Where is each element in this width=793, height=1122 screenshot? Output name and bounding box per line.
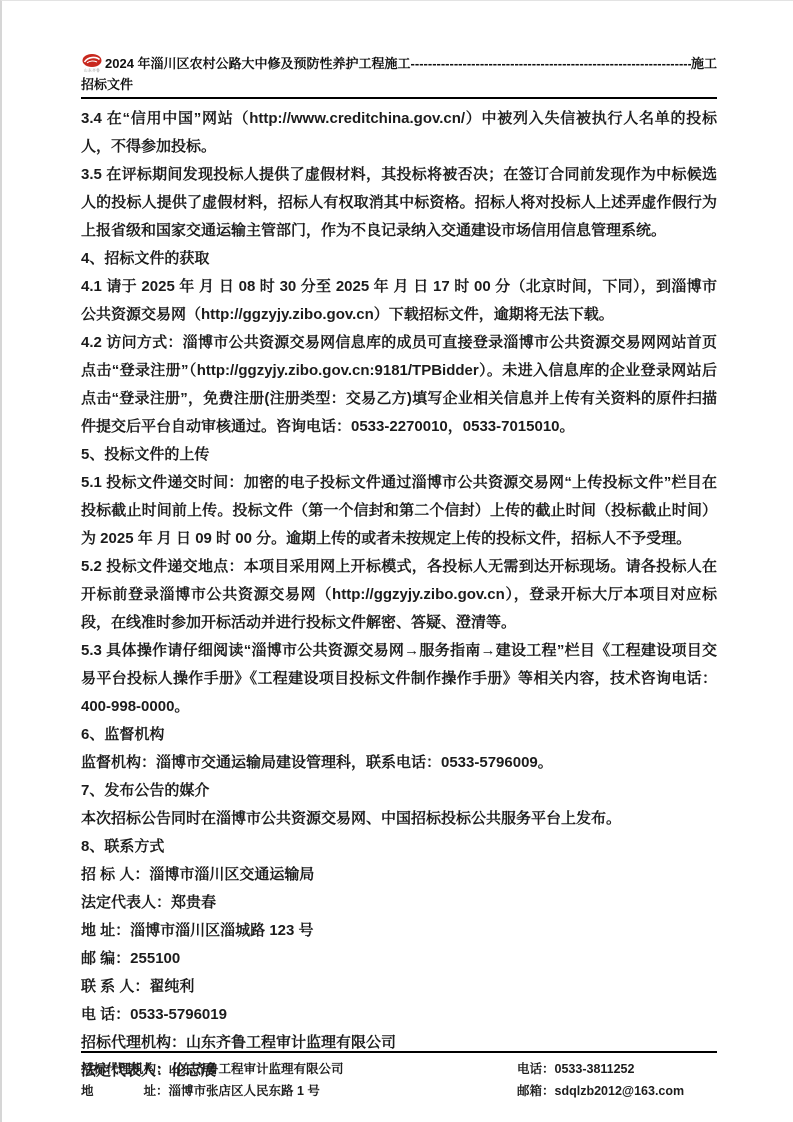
- contact-value: 山东齐鲁工程审计监理有限公司: [186, 1034, 396, 1051]
- header-title: 2024 年淄川区农村公路大中修及预防性养护工程施工: [105, 54, 411, 73]
- footer-value: 0533-3811252: [555, 1062, 635, 1076]
- paragraph-5-3: 5.3 具体操作请仔细阅读“淄博市公共资源交易网→服务指南→建设工程”栏目《工程…: [81, 637, 717, 721]
- paragraph-supervisor: 监督机构：淄博市交通运输局建设管理科，联系电话：0533-5796009。: [81, 749, 717, 777]
- paragraph-4-1: 4.1 请于 2025 年 月 日 08 时 30 分至 2025 年 月 日 …: [81, 273, 717, 329]
- paragraph-3-5: 3.5 在评标期间发现投标人提供了虚假材料，其投标将被否决；在签订合同前发现作为…: [81, 161, 717, 245]
- contact-value: 255100: [130, 950, 180, 967]
- contact-label: 招 标 人：: [81, 866, 149, 883]
- paragraph-5-2: 5.2 投标文件递交地点：本项目采用网上开标模式，各投标人无需到达开标现场。请各…: [81, 553, 717, 637]
- contact-label: 地 址：: [81, 922, 130, 939]
- footer-agency-row: 招标代理机构：山东齐鲁工程审计监理有限公司: [81, 1058, 517, 1080]
- footer-value: sdqlzb2012@163.com: [555, 1084, 685, 1098]
- section-heading-7: 7、发布公告的媒介: [81, 777, 717, 805]
- footer-left-column: 招标代理机构：山东齐鲁工程审计监理有限公司 地 址：淄博市张店区人民东路 1 号: [81, 1058, 517, 1102]
- footer-label: 地 址：: [81, 1084, 169, 1098]
- contact-label: 联 系 人：: [81, 978, 149, 995]
- paragraph-media: 本次招标公告同时在淄博市公共资源交易网、中国招标投标公共服务平台上发布。: [81, 805, 717, 833]
- footer-label: 电话：: [517, 1062, 555, 1076]
- footer-label: 邮箱：: [517, 1084, 555, 1098]
- paragraph-5-1: 5.1 投标文件递交时间：加密的电子投标文件通过淄博市公共资源交易网“上传投标文…: [81, 469, 717, 553]
- section-heading-5: 5、投标文件的上传: [81, 441, 717, 469]
- contact-value: 淄博市淄川区淄城路 123 号: [130, 922, 313, 939]
- contact-value: 0533-5796019: [130, 1006, 227, 1023]
- header-dash-leader: ----------------------------------------…: [411, 54, 691, 73]
- contact-row-tenderer: 招 标 人：淄博市淄川区交通运输局: [81, 861, 717, 889]
- contact-label: 电 话：: [81, 1006, 130, 1023]
- contact-row-postcode: 邮 编：255100: [81, 945, 717, 973]
- section-heading-6: 6、监督机构: [81, 721, 717, 749]
- contact-row-legal-rep: 法定代表人：郑贵春: [81, 889, 717, 917]
- svg-text:山东齐鲁: 山东齐鲁: [84, 68, 100, 73]
- contact-label: 邮 编：: [81, 950, 130, 967]
- contact-row-phone: 电 话：0533-5796019: [81, 1001, 717, 1029]
- contact-value: 郑贵春: [171, 894, 216, 911]
- header-title-suffix: 施工: [691, 54, 717, 73]
- contact-value: 淄博市淄川区交通运输局: [149, 866, 314, 883]
- header-line1: 山东齐鲁 2024 年淄川区农村公路大中修及预防性养护工程施工 --------…: [81, 53, 717, 73]
- footer-right-column: 电话：0533-3811252 邮箱：sdqlzb2012@163.com: [517, 1058, 717, 1102]
- footer-address-row: 地 址：淄博市张店区人民东路 1 号: [81, 1080, 517, 1102]
- footer-email-row: 邮箱：sdqlzb2012@163.com: [517, 1080, 717, 1102]
- contact-label: 招标代理机构：: [81, 1034, 186, 1051]
- doc-header: 山东齐鲁 2024 年淄川区农村公路大中修及预防性养护工程施工 --------…: [81, 1, 717, 99]
- contact-label: 法定代表人：: [81, 894, 171, 911]
- doc-body: 3.4 在“信用中国”网站（http://www.creditchina.gov…: [81, 99, 717, 1085]
- org-emblem-icon: 山东齐鲁: [81, 53, 103, 73]
- paragraph-4-2: 4.2 访问方式：淄博市公共资源交易网信息库的成员可直接登录淄博市公共资源交易网…: [81, 329, 717, 441]
- document-page: 山东齐鲁 2024 年淄川区农村公路大中修及预防性养护工程施工 --------…: [0, 0, 793, 1122]
- paragraph-3-4: 3.4 在“信用中国”网站（http://www.creditchina.gov…: [81, 105, 717, 161]
- header-subtitle: 招标文件: [81, 75, 717, 94]
- section-heading-8: 8、联系方式: [81, 833, 717, 861]
- section-heading-4: 4、招标文件的获取: [81, 245, 717, 273]
- contact-row-address: 地 址：淄博市淄川区淄城路 123 号: [81, 917, 717, 945]
- footer-phone-row: 电话：0533-3811252: [517, 1058, 717, 1080]
- contact-row-contact-person: 联 系 人：翟纯利: [81, 973, 717, 1001]
- doc-footer: 招标代理机构：山东齐鲁工程审计监理有限公司 地 址：淄博市张店区人民东路 1 号…: [81, 1051, 717, 1102]
- footer-value: 山东齐鲁工程审计监理有限公司: [169, 1062, 344, 1076]
- contact-value: 翟纯利: [149, 978, 194, 995]
- footer-label: 招标代理机构：: [81, 1062, 169, 1076]
- footer-value: 淄博市张店区人民东路 1 号: [169, 1084, 320, 1098]
